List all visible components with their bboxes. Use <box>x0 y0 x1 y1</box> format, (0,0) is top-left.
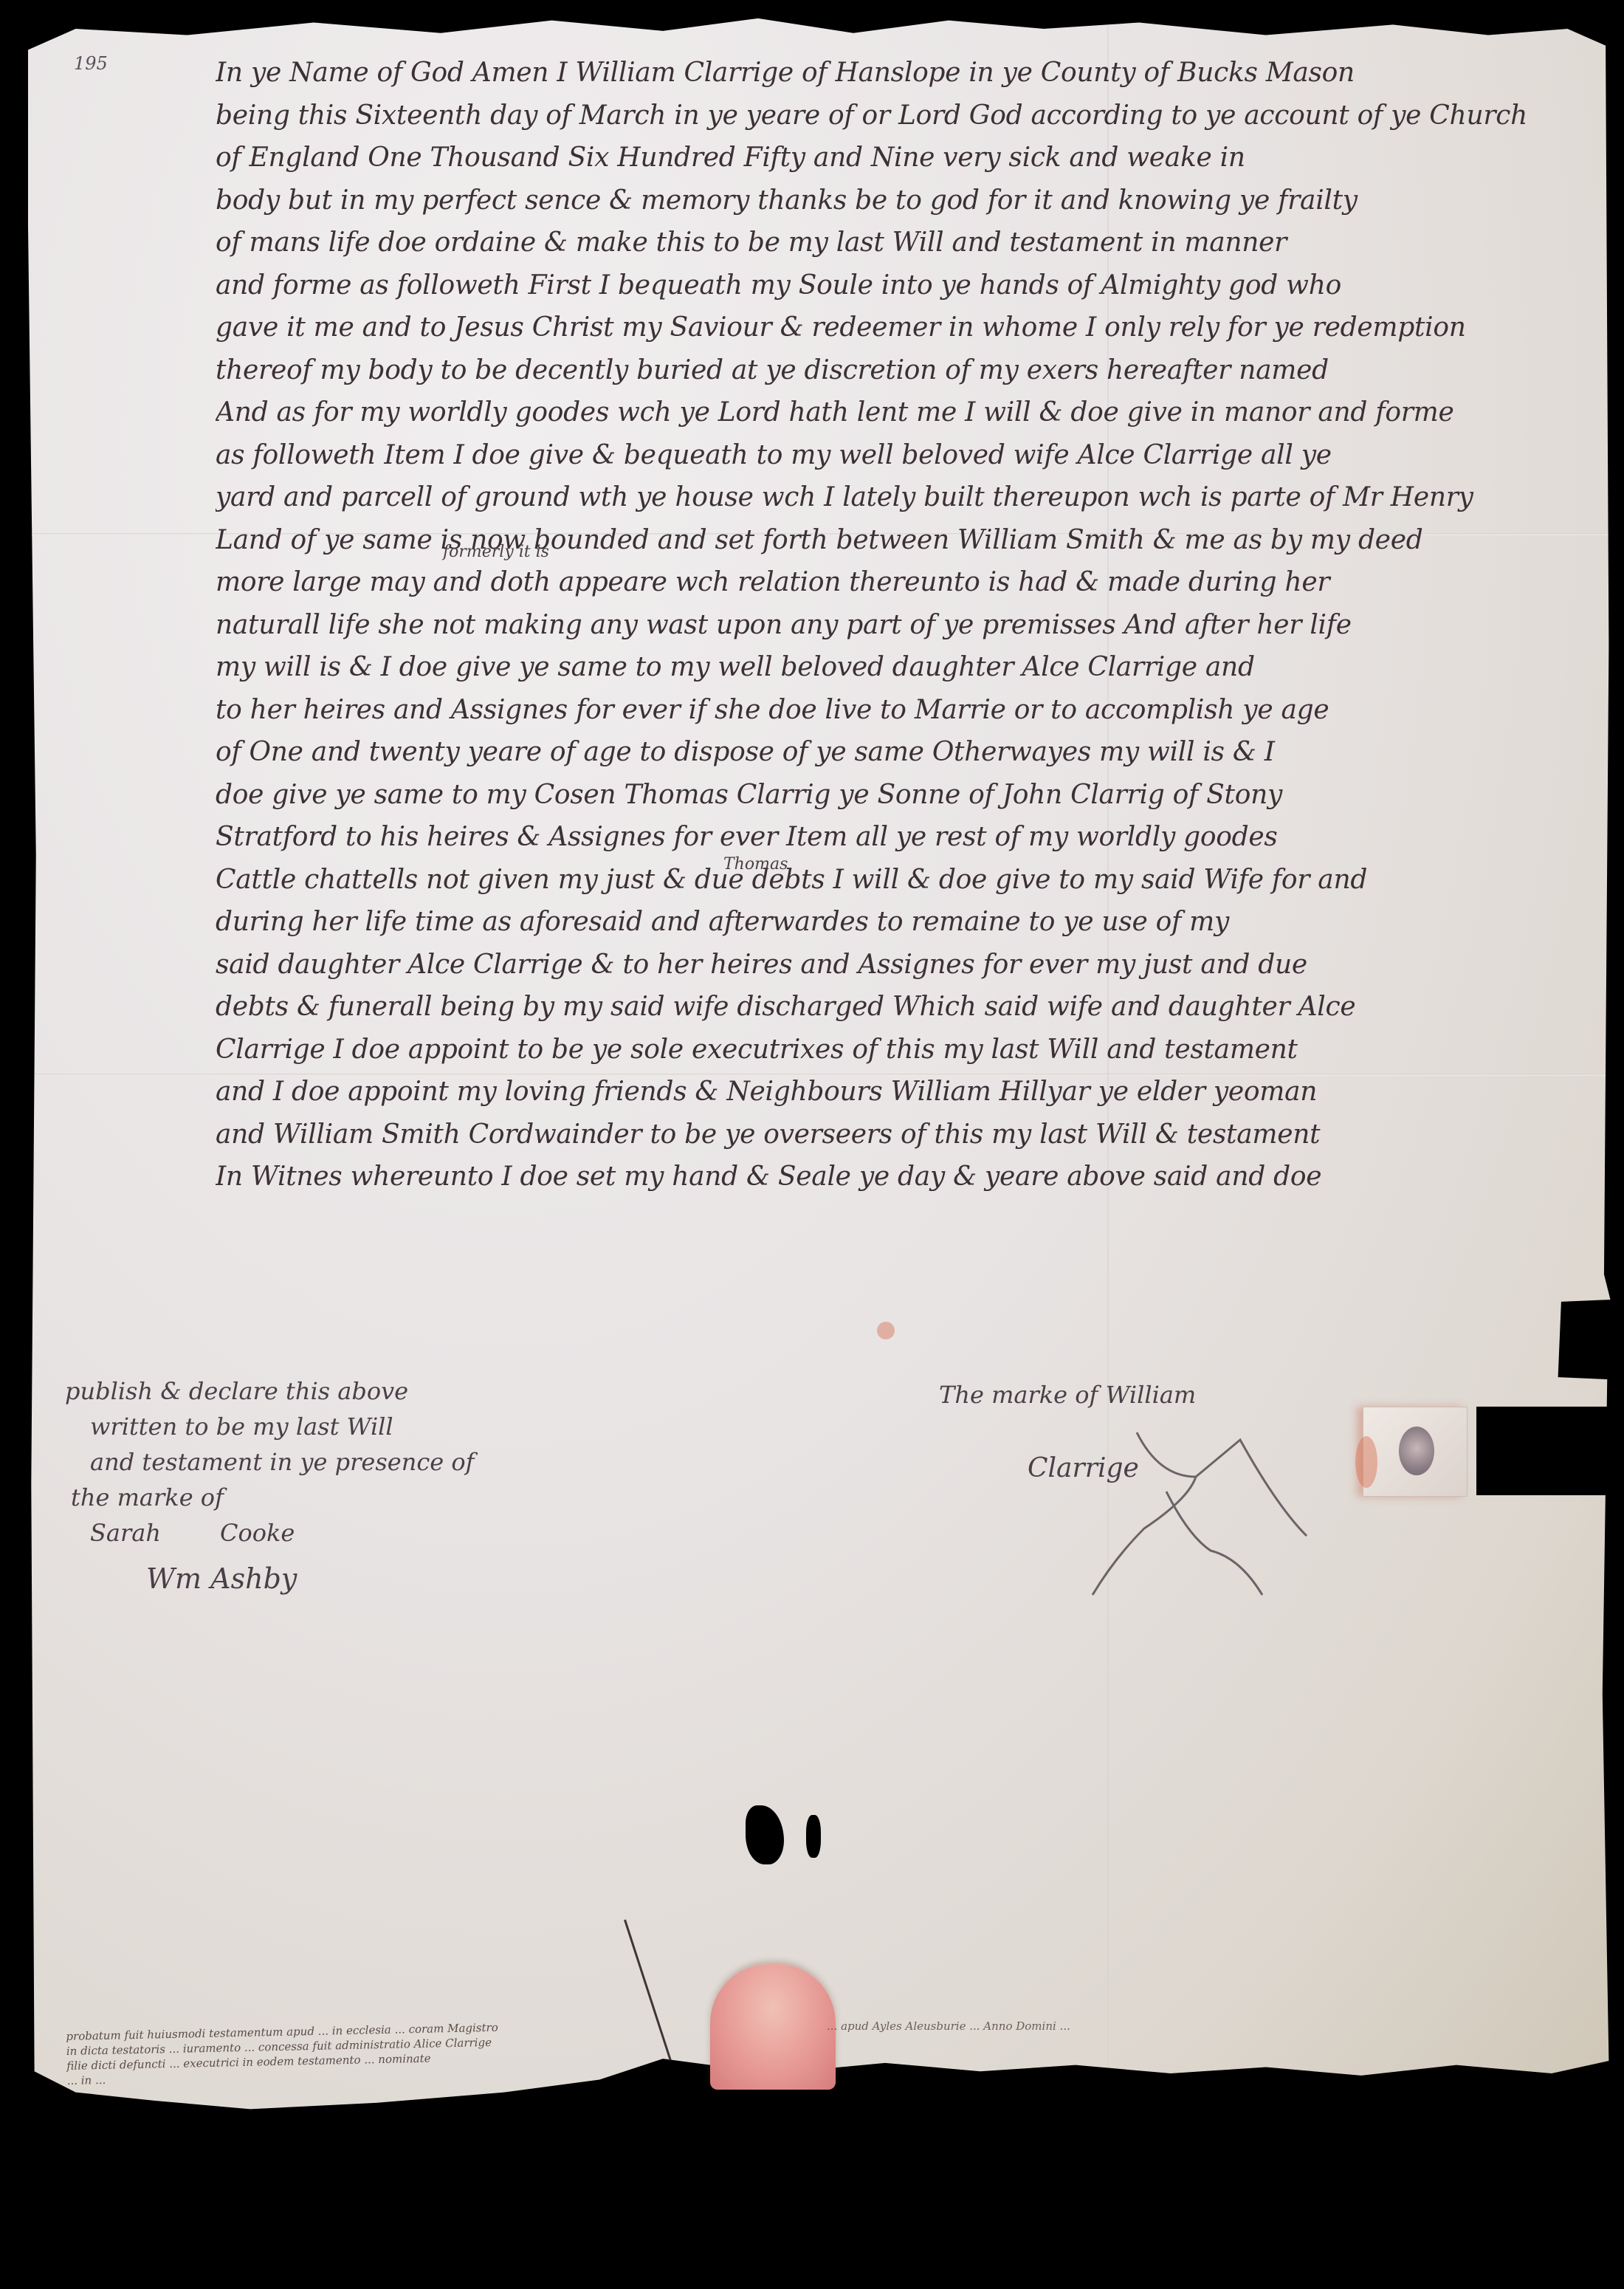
body-line: naturall life she not making any wast up… <box>216 604 1603 647</box>
will-body-text: In ye Name of God Amen I William Clarrig… <box>216 52 1603 1198</box>
body-line: said daughter Alce Clarrige & to her hei… <box>216 944 1603 986</box>
body-line: being this Sixteenth day of March in ye … <box>216 95 1603 137</box>
body-line: debts & funerall being by my said wife d… <box>216 986 1603 1029</box>
body-line: gave it me and to Jesus Christ my Saviou… <box>216 306 1603 349</box>
testator-mark-label: The marke of William <box>939 1381 1196 1409</box>
paper-hole <box>806 1815 821 1858</box>
red-wax-stain <box>1355 1436 1377 1488</box>
body-line: yard and parcell of ground wth ye house … <box>216 476 1603 519</box>
body-line: Cattle chattells not given my just & due… <box>216 859 1603 902</box>
body-line: And as for my worldly goodes wch ye Lord… <box>216 391 1603 434</box>
probate-note-fragment: ... apud Ayles Aleusburie ... Anno Domin… <box>827 2019 1070 2033</box>
probate-note: probatum fuit huiusmodi testamentum apud… <box>66 2017 628 2088</box>
witness-first-name: Sarah <box>90 1515 161 1551</box>
witness-mark-label: the marke of <box>65 1480 582 1515</box>
body-line: and forme as followeth First I bequeath … <box>216 264 1603 307</box>
body-line: to her heires and Assignes for ever if s… <box>216 689 1603 732</box>
body-line: during her life time as aforesaid and af… <box>216 901 1603 944</box>
witness-signature-sarah: Sarah Cooke <box>65 1515 582 1551</box>
body-line: of England One Thousand Six Hundred Fift… <box>216 137 1603 179</box>
witness-declaration-line: publish & declare this above <box>65 1373 582 1409</box>
witness-block: publish & declare this above written to … <box>65 1373 582 1596</box>
body-line: and I doe appoint my loving friends & Ne… <box>216 1071 1603 1113</box>
body-line: body but in my perfect sence & memory th… <box>216 179 1603 222</box>
thumb <box>710 1964 836 2090</box>
interlinear-insertion: Thomas <box>723 855 788 874</box>
body-line: Clarrige I doe appoint to be ye sole exe… <box>216 1029 1603 1071</box>
body-line: of One and twenty yeare of age to dispos… <box>216 731 1603 774</box>
body-line: as followeth Item I doe give & bequeath … <box>216 434 1603 477</box>
body-line: In ye Name of God Amen I William Clarrig… <box>216 52 1603 95</box>
wax-seal <box>1363 1407 1468 1497</box>
witness-declaration-line: and testament in ye presence of <box>65 1444 582 1480</box>
body-line: more large may and doth appeare wch rela… <box>216 561 1603 604</box>
interlinear-insertion: formerly it is <box>443 543 549 561</box>
body-line: doe give ye same to my Cosen Thomas Clar… <box>216 774 1603 817</box>
seal-impression-icon <box>1399 1427 1434 1475</box>
body-line: Land of ye same is now bounded and set f… <box>216 519 1603 562</box>
body-line: In Witnes whereunto I doe set my hand & … <box>216 1156 1603 1198</box>
witness-signature-ashby: Wm Ashby <box>65 1561 582 1596</box>
page-notch <box>1476 1407 1624 1495</box>
folio-number: 195 <box>74 53 108 74</box>
red-wax-stain <box>877 1322 895 1339</box>
body-line: thereof my body to be decently buried at… <box>216 349 1603 392</box>
testator-mark-icon <box>1019 1425 1329 1617</box>
body-line: of mans life doe ordaine & make this to … <box>216 222 1603 264</box>
body-line: and William Smith Cordwainder to be ye o… <box>216 1113 1603 1156</box>
witness-surname: Cooke <box>220 1515 295 1551</box>
body-line: Stratford to his heires & Assignes for e… <box>216 816 1603 859</box>
witness-declaration-line: written to be my last Will <box>65 1409 582 1444</box>
body-line: my will is & I doe give ye same to my we… <box>216 646 1603 689</box>
